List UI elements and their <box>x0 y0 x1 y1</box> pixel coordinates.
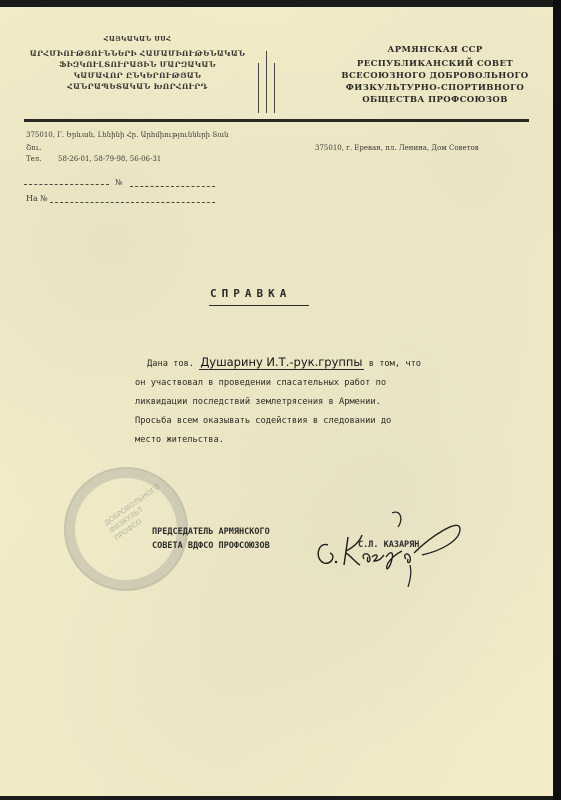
signatory-title: ПРЕДСЕДАТЕЛЬ АРМЯНСКОГО СОВЕТА ВДФСО ПРО… <box>152 525 270 553</box>
letterhead-armenian-line: ՀԱՆՐԱՊԵՏԱԿԱՆ ԽՈՐՀՈՒՐԴ <box>20 81 255 92</box>
title-underline <box>209 305 309 306</box>
body-line: ликвидации последствий землетрясения в А… <box>135 393 477 412</box>
body-line-text: в том, что <box>369 359 421 369</box>
document-body: Дана тов. Душарину И.Т.-рук.группы в том… <box>147 353 477 450</box>
letterhead-russian-line: РЕСПУБЛИКАНСКИЙ СОВЕТ <box>330 58 540 70</box>
ref-line <box>50 202 215 203</box>
address-armenian-2: Շու. <box>26 144 41 152</box>
document-page: ՀԱՅԿԱԿԱՆ ՍՍՀ ԱՐՀՄԻՈՒԹՅՈՒՆՆԵՐԻ ՀԱՄԱՄԻՈՒԹԵ… <box>0 7 553 796</box>
letterhead-armenian-line: ՖԻԶԿՈՒԼՏՈՒՐԱՅԻՆ ՄԱՐԶԱԿԱՆ <box>20 59 255 70</box>
signatory-name: С.Л. КАЗАРЯН <box>358 540 419 550</box>
letterhead-russian-line: ОБЩЕСТВА ПРОФСОЮЗОВ <box>330 94 540 106</box>
body-lead: Дана тов. <box>147 359 194 369</box>
divider-line <box>258 63 259 113</box>
number-label: № <box>115 178 123 187</box>
letterhead-russian-line: ВСЕСОЮЗНОГО ДОБРОВОЛЬНОГО <box>330 70 540 82</box>
document-title: СПРАВКА <box>210 287 291 300</box>
address-russian: 375010, г. Ереван, пл. Ленина, Дом Совет… <box>315 144 479 152</box>
body-line: Дана тов. Душарину И.Т.-рук.группы в том… <box>147 353 477 374</box>
body-line: место жительства. <box>135 431 477 450</box>
letterhead-rule <box>24 119 529 122</box>
phone-numbers: 58-26-01, 58-79-98, 56-06-31 <box>58 155 161 163</box>
body-line: Просьба всем оказывать содействия в след… <box>135 412 477 431</box>
scan-border <box>553 0 561 800</box>
divider-line <box>266 51 267 113</box>
recipient-name: Душарину И.Т.-рук.группы <box>199 355 363 370</box>
address-armenian: 375010, Г. Երևան, Լենինի Հր. Արհմիությու… <box>26 131 228 139</box>
signatory-title-line: СОВЕТА ВДФСО ПРОФСОЮЗОВ <box>152 539 270 553</box>
letterhead-armenian-line: ԿԱՄԱՎՈՐ ԸՆԿԵՐՈՒԹՅԱՆ <box>20 70 255 81</box>
letterhead-armenian: ՀԱՅԿԱԿԱՆ ՍՍՀ ԱՐՀՄԻՈՒԹՅՈՒՆՆԵՐԻ ՀԱՄԱՄԻՈՒԹԵ… <box>20 34 255 92</box>
body-line: он участвовал в проведении спасательных … <box>135 374 477 393</box>
divider-line <box>274 63 275 113</box>
ref-label: На № <box>26 194 48 203</box>
date-line <box>24 184 109 185</box>
letterhead-russian-line: ФИЗКУЛЬТУРНО-СПОРТИВНОГО <box>330 82 540 94</box>
letterhead-armenian-line1: ՀԱՅԿԱԿԱՆ ՍՍՀ <box>20 34 255 45</box>
letterhead-russian: АРМЯНСКАЯ ССР РЕСПУБЛИКАНСКИЙ СОВЕТ ВСЕС… <box>330 44 540 106</box>
letterhead-armenian-line: ԱՐՀՄԻՈՒԹՅՈՒՆՆԵՐԻ ՀԱՄԱՄԻՈՒԹԵՆԱԿԱՆ <box>20 48 255 59</box>
letterhead-russian-line1: АРМЯНСКАЯ ССР <box>330 44 540 56</box>
stamp-text: ДОБРОВОЛЬНОГО ФИЗКУЛЬТ ПРОФСО <box>103 492 159 543</box>
signatory-title-line: ПРЕДСЕДАТЕЛЬ АРМЯНСКОГО <box>152 525 270 539</box>
phone-label: Тел. <box>26 155 41 163</box>
number-line <box>130 186 215 187</box>
